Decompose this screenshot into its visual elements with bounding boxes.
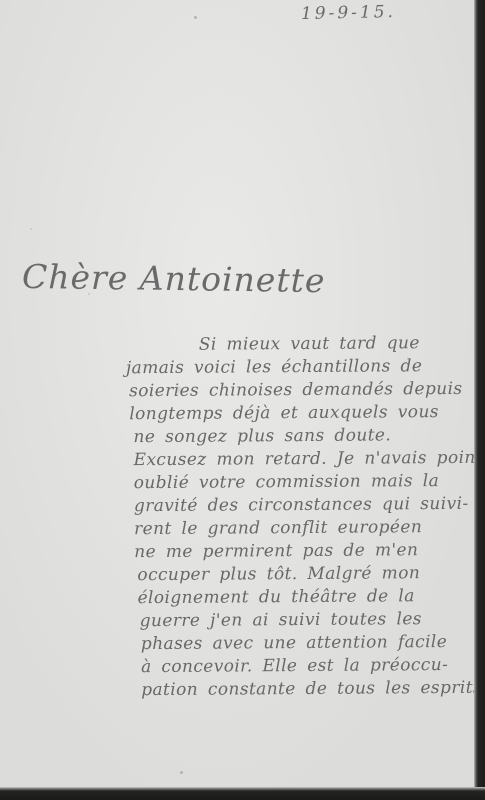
letter-line: éloignement du théâtre de la [137,585,479,610]
letter-line: rent le grand conflit européen [134,516,479,541]
ink-speck [88,293,90,295]
scan-border-bottom [0,787,485,800]
letter-line: Excusez mon retard. Je n'avais point [134,447,479,472]
letter-date: 19-9-15. [301,2,396,24]
letter-line: ne songez plus sans doute. [133,424,478,449]
letter-line: soieries chinoises demandés depuis [129,378,478,403]
letter-line: gravité des circonstances qui suivi- [134,493,479,518]
letter-line: phases avec une attention facile [141,631,480,656]
letter-line: pation constante de tous les esprits. [141,677,480,702]
ink-speck [194,16,197,19]
letter-scan: 19-9-15. Chère Antoinette Si mieux vaut … [0,0,485,800]
ink-speck [180,771,183,774]
letter-line: oublié votre commission mais la [134,470,479,495]
letter-line: jamais voici les échantillons de [126,355,478,380]
ink-speck [30,228,32,230]
letter-line: occuper plus tôt. Malgré mon [137,562,479,587]
paper-stain [176,386,181,393]
letter-line: Si mieux vaut tard que [126,332,478,357]
letter-line: guerre j'en ai suivi toutes les [140,608,480,633]
letter-line: longtemps déjà et auxquels vous [129,401,478,426]
letter-line: ne me permirent pas de m'en [134,539,479,564]
letter-salutation: Chère Antoinette [22,257,326,300]
scan-border-right [474,0,485,800]
letter-line: à concevoir. Elle est la préoccu- [141,654,480,679]
